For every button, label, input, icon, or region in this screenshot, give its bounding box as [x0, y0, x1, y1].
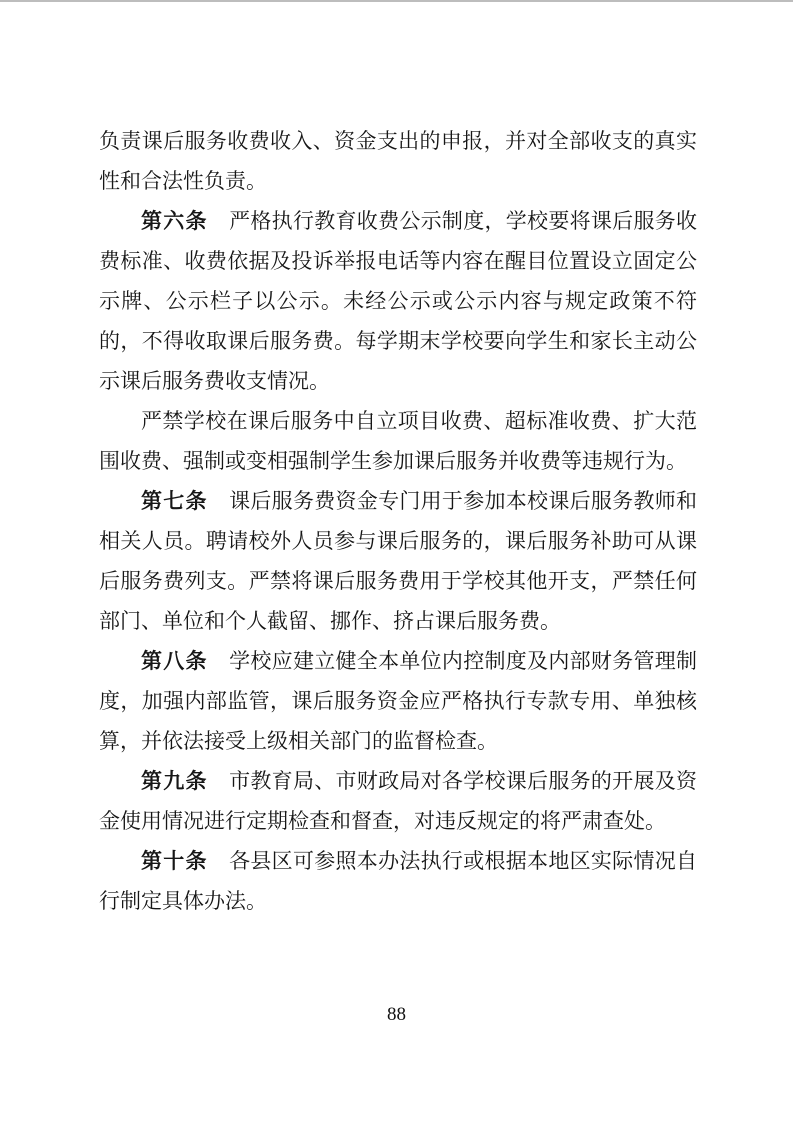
- paragraph-prohibitions-text: 严禁学校在课后服务中自立项目收费、超标准收费、扩大范围收费、强制或变相强制学生参…: [99, 409, 697, 473]
- paragraph-article-7: 第七条 课后服务费资金专门用于参加本校课后服务教师和相关人员。聘请校外人员参与课…: [99, 481, 697, 641]
- document-page: { "document": { "page_number": "88", "pa…: [0, 0, 793, 1122]
- paragraph-article-8: 第八条 学校应建立健全本单位内控制度及内部财务管理制度，加强内部监管，课后服务资…: [99, 641, 697, 761]
- scan-top-edge-artifact: [0, 0, 793, 2]
- article-10-label: 第十条: [141, 849, 208, 873]
- page-number: 88: [0, 1002, 793, 1028]
- article-6-label: 第六条: [141, 209, 208, 233]
- document-body: 负责课后服务收费收入、资金支出的申报，并对全部收支的真实性和合法性负责。 第六条…: [99, 121, 697, 921]
- paragraph-article-6: 第六条 严格执行教育收费公示制度，学校要将课后服务收费标准、收费依据及投诉举报电…: [99, 201, 697, 401]
- article-7-label: 第七条: [141, 489, 208, 513]
- paragraph-prohibitions: 严禁学校在课后服务中自立项目收费、超标准收费、扩大范围收费、强制或变相强制学生参…: [99, 401, 697, 481]
- paragraph-continuation-text: 负责课后服务收费收入、资金支出的申报，并对全部收支的真实性和合法性负责。: [99, 129, 697, 193]
- article-9-label: 第九条: [141, 769, 208, 793]
- paragraph-article-10: 第十条 各县区可参照本办法执行或根据本地区实际情况自行制定具体办法。: [99, 841, 697, 921]
- article-8-label: 第八条: [141, 649, 208, 673]
- paragraph-article-9: 第九条 市教育局、市财政局对各学校课后服务的开展及资金使用情况进行定期检查和督查…: [99, 761, 697, 841]
- paragraph-continuation: 负责课后服务收费收入、资金支出的申报，并对全部收支的真实性和合法性负责。: [99, 121, 697, 201]
- article-6-text: 严格执行教育收费公示制度，学校要将课后服务收费标准、收费依据及投诉举报电话等内容…: [99, 209, 697, 393]
